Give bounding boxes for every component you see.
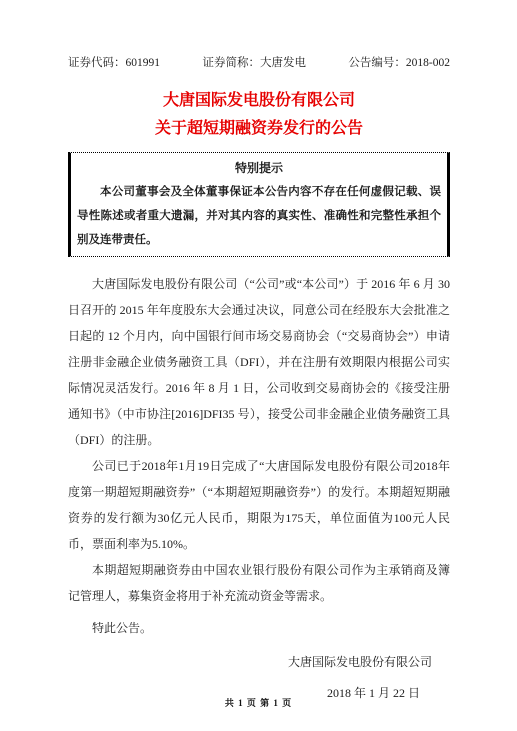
body-paragraph-3: 本期超短期融资券由中国农业银行股份有限公司作为主承销商及簿记管理人，募集资金将用… bbox=[68, 557, 450, 609]
page-number-footer: 共 1 页 第 1 页 bbox=[0, 696, 517, 709]
document-body: 大唐国际发电股份有限公司（“公司”或“本公司”）于 2016 年 6 月 30 … bbox=[68, 271, 450, 641]
document-title-line2: 关于超短期融资券发行的公告 bbox=[68, 115, 450, 143]
body-paragraph-2: 公司已于2018年1月19日完成了“大唐国际发电股份有限公司2018年度第一期超… bbox=[68, 453, 450, 557]
signature-company: 大唐国际发电股份有限公司 bbox=[68, 649, 450, 675]
special-notice-box: 特别提示 本公司董事会及全体董事保证本公告内容不存在任何虚假记载、误导性陈述或者… bbox=[68, 152, 450, 257]
body-paragraph-1: 大唐国际发电股份有限公司（“公司”或“本公司”）于 2016 年 6 月 30 … bbox=[68, 271, 450, 453]
notice-title: 特别提示 bbox=[77, 156, 441, 180]
notice-body: 本公司董事会及全体董事保证本公告内容不存在任何虚假记载、误导性陈述或者重大遗漏，… bbox=[77, 180, 441, 252]
stock-short-name: 证券简称：大唐发电 bbox=[202, 56, 306, 71]
stock-code: 证券代码：601991 bbox=[68, 56, 160, 71]
announcement-document: 证券代码：601991 证券简称：大唐发电 公告编号：2018-002 大唐国际… bbox=[0, 0, 517, 731]
document-title-line1: 大唐国际发电股份有限公司 bbox=[68, 87, 450, 115]
announcement-number: 公告编号：2018-002 bbox=[348, 56, 450, 71]
closing-statement: 特此公告。 bbox=[68, 615, 450, 641]
document-header: 证券代码：601991 证券简称：大唐发电 公告编号：2018-002 bbox=[68, 56, 450, 71]
document-title: 大唐国际发电股份有限公司 关于超短期融资券发行的公告 bbox=[68, 87, 450, 143]
